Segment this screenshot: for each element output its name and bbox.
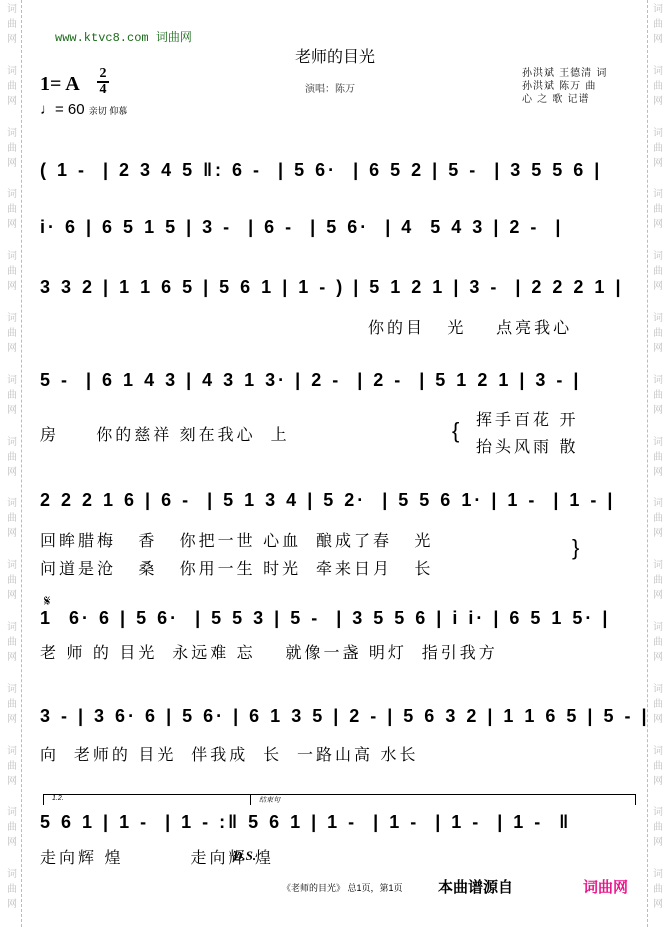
volta-ending: 结束句 <box>250 794 636 805</box>
watermark-char: 词 <box>653 249 663 264</box>
watermark-group: 词曲网 <box>7 803 17 865</box>
watermark-char: 曲 <box>7 820 17 835</box>
watermark-char: 曲 <box>7 264 17 279</box>
watermark-char: 曲 <box>653 388 663 403</box>
watermark-char: 网 <box>653 403 663 418</box>
watermark-char: 词 <box>7 496 17 511</box>
watermark-char: 曲 <box>653 635 663 650</box>
margin-divider-right <box>647 0 648 927</box>
watermark-char: 网 <box>7 588 17 603</box>
watermark-char: 词 <box>7 435 17 450</box>
watermark-group: 词曲网 <box>7 185 17 247</box>
watermark-char: 曲 <box>653 17 663 32</box>
watermark-char: 曲 <box>653 573 663 588</box>
watermark-char: 网 <box>653 94 663 109</box>
watermark-char: 网 <box>7 712 17 727</box>
watermark-char: 词 <box>7 682 17 697</box>
watermark-char: 词 <box>653 373 663 388</box>
watermark-char: 词 <box>653 805 663 820</box>
watermark-char: 曲 <box>7 882 17 897</box>
watermark-char: 网 <box>7 156 17 171</box>
watermark-char: 曲 <box>7 573 17 588</box>
watermark-char: 曲 <box>7 759 17 774</box>
watermark-char: 网 <box>7 341 17 356</box>
watermark-char: 曲 <box>653 326 663 341</box>
time-sig-bottom: 4 <box>97 84 109 96</box>
watermark-group: 词曲网 <box>7 494 17 556</box>
watermark-group: 词曲网 <box>7 618 17 680</box>
watermark-group: 词曲网 <box>653 494 663 556</box>
watermark-char: 曲 <box>7 326 17 341</box>
watermark-char: 词 <box>653 311 663 326</box>
watermark-char: 网 <box>7 835 17 850</box>
site-link[interactable]: www.ktvc8.com 词曲网 <box>55 28 192 45</box>
notation-line-6: 1 6· 6 | 5 6· | 5 5 3 | 5 - | 3 5 5 6 | … <box>40 608 610 629</box>
lyrics-line-5-verse2: 问道是沧 桑 你用一生 时光 牵来日月 长 <box>40 556 433 579</box>
watermark-char: 词 <box>7 187 17 202</box>
site-url[interactable]: www.ktvc8.com <box>55 31 149 45</box>
notation-line-2: i· 6 | 6 5 1 5 | 3 - | 6 - | 5 6· | 4 5 … <box>40 217 563 238</box>
notation-line-4: 5 - | 6 1 4 3 | 4 3 1 3· | 2 - | 2 - | 5… <box>40 370 581 391</box>
watermark-char: 词 <box>653 620 663 635</box>
time-sig-top: 2 <box>97 68 109 80</box>
watermark-char: 网 <box>7 897 17 912</box>
verse-brace-icon: } <box>572 535 582 561</box>
singer: 演唱：陈万 <box>305 80 355 95</box>
watermark-char: 词 <box>653 435 663 450</box>
lyrics-line-4-verse1: 挥手百花 开 <box>476 407 578 430</box>
watermark-char: 词 <box>653 187 663 202</box>
watermark-char: 曲 <box>7 79 17 94</box>
watermark-char: 网 <box>653 279 663 294</box>
watermark-char: 词 <box>7 744 17 759</box>
watermark-group: 词曲网 <box>653 618 663 680</box>
watermark-char: 网 <box>653 465 663 480</box>
watermark-char: 网 <box>653 650 663 665</box>
song-title: 老师的目光 <box>0 44 670 67</box>
watermark-group: 词曲网 <box>7 742 17 804</box>
watermark-char: 网 <box>7 217 17 232</box>
watermark-group: 词曲网 <box>653 62 663 124</box>
watermark-group: 词曲网 <box>7 433 17 495</box>
watermark-char: 曲 <box>653 79 663 94</box>
watermark-char: 网 <box>653 774 663 789</box>
watermark-char: 曲 <box>7 202 17 217</box>
watermark-char: 曲 <box>653 820 663 835</box>
composer: 孙洪斌 陈万 曲 <box>522 80 607 93</box>
lyrics-line-6: 老 师 的 目光 永远难 忘 就像一盏 明灯 指引我方 <box>40 640 498 663</box>
site-name[interactable]: 词曲网 <box>156 30 192 44</box>
watermark-char: 词 <box>7 558 17 573</box>
watermark-group: 词曲网 <box>7 124 17 186</box>
notation-line-1: ( 1 - | 2 3 4 5 ‖: 6 - | 5 6· | 6 5 2 | … <box>40 160 602 181</box>
lyrics-line-7: 向 老师的 目光 伴我成 长 一路山高 水长 <box>40 742 418 765</box>
time-signature: 2 4 <box>97 68 109 96</box>
watermark-char: 网 <box>7 403 17 418</box>
watermark-char: 词 <box>7 126 17 141</box>
watermark-char: 网 <box>653 897 663 912</box>
watermark-char: 网 <box>653 341 663 356</box>
lyrics-line-5-verse1: 回眸腊梅 香 你把一世 心血 酿成了春 光 <box>40 528 433 551</box>
watermark-group: 词曲网 <box>653 803 663 865</box>
watermark-char: 网 <box>7 279 17 294</box>
watermark-char: 词 <box>653 126 663 141</box>
watermark-group: 词曲网 <box>7 247 17 309</box>
watermark-char: 网 <box>7 465 17 480</box>
watermark-char: 曲 <box>653 511 663 526</box>
watermark-group: 词曲网 <box>653 742 663 804</box>
watermark-char: 曲 <box>653 264 663 279</box>
watermark-char: 曲 <box>653 141 663 156</box>
margin-divider-left <box>21 0 22 927</box>
watermark-group: 词曲网 <box>653 185 663 247</box>
watermark-char: 词 <box>7 311 17 326</box>
watermark-char: 曲 <box>653 450 663 465</box>
watermark-group: 词曲网 <box>7 62 17 124</box>
watermark-char: 词 <box>653 682 663 697</box>
transcriber: 心 之 歌 记谱 <box>522 93 607 106</box>
watermark-char: 曲 <box>653 202 663 217</box>
watermark-group: 词曲网 <box>653 680 663 742</box>
watermark-char: 词 <box>7 867 17 882</box>
watermark-char: 网 <box>653 156 663 171</box>
watermark-char: 曲 <box>653 697 663 712</box>
watermark-char: 词 <box>653 558 663 573</box>
watermark-char: 词 <box>653 496 663 511</box>
watermark-right: 词曲网词曲网词曲网词曲网词曲网词曲网词曲网词曲网词曲网词曲网词曲网词曲网词曲网词… <box>648 0 668 927</box>
lyrics-line-4-verse2: 抬头风雨 散 <box>476 434 578 457</box>
watermark-char: 词 <box>7 2 17 17</box>
watermark-group: 词曲网 <box>653 865 663 927</box>
watermark-char: 词 <box>7 620 17 635</box>
watermark-group: 词曲网 <box>7 865 17 927</box>
volta-1-2: 1.2. <box>43 794 252 805</box>
watermark-group: 词曲网 <box>653 309 663 371</box>
key-signature: 1= A <box>40 73 80 96</box>
dal-segno: D.S. <box>233 848 256 864</box>
watermark-char: 曲 <box>653 882 663 897</box>
watermark-group: 词曲网 <box>653 124 663 186</box>
notation-line-8: 5 6 1 | 1 - | 1 - :‖ 5 6 1 | 1 - | 1 - |… <box>40 812 571 833</box>
brand-link[interactable]: 词曲网 <box>583 876 628 897</box>
watermark-char: 词 <box>7 373 17 388</box>
watermark-char: 曲 <box>7 635 17 650</box>
watermark-group: 词曲网 <box>7 371 17 433</box>
watermark-char: 网 <box>653 835 663 850</box>
watermark-left: 词曲网词曲网词曲网词曲网词曲网词曲网词曲网词曲网词曲网词曲网词曲网词曲网词曲网词… <box>2 0 22 927</box>
verse-brace-icon: { <box>452 418 462 444</box>
watermark-char: 网 <box>653 588 663 603</box>
tempo: ♩= 60 亲切 仰慕 <box>40 101 127 118</box>
watermark-group: 词曲网 <box>7 680 17 742</box>
watermark-group: 词曲网 <box>7 309 17 371</box>
watermark-char: 网 <box>653 712 663 727</box>
mood: 亲切 仰慕 <box>89 106 128 116</box>
watermark-char: 词 <box>7 249 17 264</box>
watermark-group: 词曲网 <box>653 247 663 309</box>
lyrics-line-3: 你的目 光 点亮我心 <box>368 315 572 338</box>
watermark-char: 网 <box>7 526 17 541</box>
notation-line-7: 3 - | 3 6· 6 | 5 6· | 6 1 3 5 | 2 - | 5 … <box>40 706 650 727</box>
watermark-char: 曲 <box>7 697 17 712</box>
watermark-char: 曲 <box>7 450 17 465</box>
watermark-char: 词 <box>653 867 663 882</box>
watermark-char: 曲 <box>7 17 17 32</box>
watermark-char: 曲 <box>7 388 17 403</box>
credits: 孙洪斌 王德清 词 孙洪斌 陈万 曲 心 之 歌 记谱 <box>522 67 607 106</box>
watermark-group: 词曲网 <box>7 556 17 618</box>
lyricist: 孙洪斌 王德清 词 <box>522 67 607 80</box>
notation-line-5: 2 2 2 1 6 | 6 - | 5 1 3 4 | 5 2· | 5 5 6… <box>40 490 615 511</box>
watermark-char: 网 <box>7 94 17 109</box>
notation-line-3: 3 3 2 | 1 1 6 5 | 5 6 1 | 1 - ) | 5 1 2 … <box>40 277 623 298</box>
page-info: 《老师的目光》 总1页，第1页 <box>282 881 403 894</box>
watermark-char: 网 <box>653 526 663 541</box>
watermark-char: 曲 <box>653 759 663 774</box>
watermark-group: 词曲网 <box>653 371 663 433</box>
source-label: 本曲谱源自 <box>438 876 513 897</box>
watermark-group: 词曲网 <box>653 556 663 618</box>
watermark-char: 网 <box>7 650 17 665</box>
watermark-char: 词 <box>653 2 663 17</box>
tempo-mark: ♩= 60 <box>40 101 85 118</box>
watermark-char: 词 <box>653 744 663 759</box>
lyrics-line-4: 房 你的慈祥 刻在我心 上 <box>40 422 290 445</box>
watermark-char: 网 <box>7 774 17 789</box>
watermark-char: 词 <box>7 805 17 820</box>
watermark-char: 网 <box>653 217 663 232</box>
watermark-group: 词曲网 <box>653 433 663 495</box>
watermark-char: 曲 <box>7 141 17 156</box>
watermark-char: 曲 <box>7 511 17 526</box>
